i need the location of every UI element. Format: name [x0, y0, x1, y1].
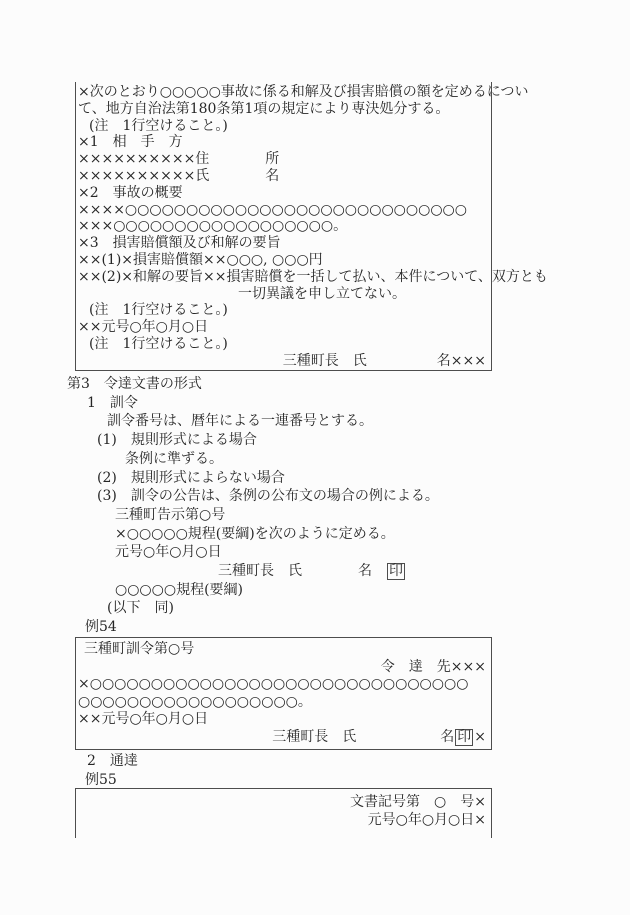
- doc-line: ××元号○年○月○日: [76, 711, 491, 729]
- doc-line: (2) 規則形式によらない場合: [67, 469, 567, 488]
- doc-line: 元号○年○月○日: [67, 543, 567, 562]
- doc-line: ×次のとおり○○○○○事故に係る和解及び損害賠償の額を定めるについ: [76, 84, 491, 101]
- doc-line: (3) 訓令の公告は、条例の公布文の場合の例による。: [67, 487, 567, 506]
- doc-line: ××××××××××住 所: [76, 151, 491, 168]
- doc-line: 例54: [67, 618, 567, 637]
- doc-line: ×××○○○○○○○○○○○○○○○○○○。: [76, 218, 491, 235]
- doc-line-text: 三種町長 氏 名: [218, 563, 386, 579]
- doc-line: (注 1行空けること。): [76, 118, 491, 135]
- doc-line: (1) 規則形式による場合: [67, 431, 567, 450]
- doc-line: ○○○○○○○○○○○○○○○○○○。: [76, 694, 491, 712]
- body-text-section-3: 第3 令達文書の形式1 訓令訓令番号は、暦年による一連番号とする。(1) 規則形…: [67, 375, 567, 637]
- doc-line: ××(1)×損害賠償額××○○○, ○○○円: [76, 252, 491, 269]
- doc-line: 第3 令達文書の形式: [67, 375, 567, 394]
- body-text-tsutatsu: 2 通達例55: [67, 752, 567, 789]
- doc-line-text: ×: [474, 729, 486, 745]
- doc-line: (以下 同): [67, 599, 567, 618]
- doc-line: ×2 事故の概要: [76, 185, 491, 202]
- seal-stamp-icon: 印: [455, 729, 473, 746]
- doc-line: て、地方自治法第180条第1項の規定により専決処分する。: [76, 101, 491, 118]
- doc-line: ××××××××××氏 名: [76, 168, 491, 185]
- doc-line: 1 訓令: [67, 394, 567, 413]
- doc-line: ×1 相 手 方: [76, 134, 491, 151]
- doc-line: 三種町長 氏 名印×: [76, 729, 491, 747]
- doc-line: 三種町長 氏 名×××: [76, 353, 491, 370]
- example-55-box: 文書記号第 ○ 号×元号○年○月○日×: [75, 788, 492, 838]
- doc-line: 元号○年○月○日×: [76, 811, 491, 829]
- seal-stamp-icon: 印: [387, 563, 405, 580]
- doc-line: 三種町訓令第○号: [76, 641, 491, 659]
- doc-line: ××××○○○○○○○○○○○○○○○○○○○○○○○○○○○○: [76, 202, 491, 219]
- example-54-box: 三種町訓令第○号令 達 先××××○○○○○○○○○○○○○○○○○○○○○○○…: [75, 637, 492, 750]
- doc-line: 令 達 先×××: [76, 659, 491, 677]
- doc-line: ×○○○○○○○○○○○○○○○○○○○○○○○○○○○○○○○: [76, 676, 491, 694]
- doc-line: 2 通達: [67, 752, 567, 771]
- doc-line: 一切異議を申し立てない。: [76, 286, 491, 303]
- doc-line: (注 1行空けること。): [76, 336, 491, 353]
- document-page: ×次のとおり○○○○○事故に係る和解及び損害賠償の額を定めるについて、地方自治法…: [0, 0, 630, 915]
- doc-line: ×○○○○○規程(要綱)を次のように定める。: [67, 525, 567, 544]
- doc-line: 三種町告示第○号: [67, 506, 567, 525]
- doc-line: 三種町長 氏 名 印: [67, 562, 567, 581]
- doc-line: ×3 損害賠償額及び和解の要旨: [76, 235, 491, 252]
- example-box-continued: ×次のとおり○○○○○事故に係る和解及び損害賠償の額を定めるについて、地方自治法…: [75, 82, 492, 371]
- doc-line: 条例に準ずる。: [67, 450, 567, 469]
- doc-line-text: 三種町長 氏 名: [272, 729, 454, 745]
- doc-line: 文書記号第 ○ 号×: [76, 793, 491, 811]
- doc-line: (注 1行空けること。): [76, 302, 491, 319]
- doc-line: 訓令番号は、暦年による一連番号とする。: [67, 412, 567, 431]
- doc-line: 例55: [67, 771, 567, 790]
- doc-line: ××元号○年○月○日: [76, 319, 491, 336]
- doc-line: ××(2)×和解の要旨××損害賠償を一括して払い、本件について、双方とも: [76, 269, 491, 286]
- doc-line: ○○○○○規程(要綱): [67, 581, 567, 600]
